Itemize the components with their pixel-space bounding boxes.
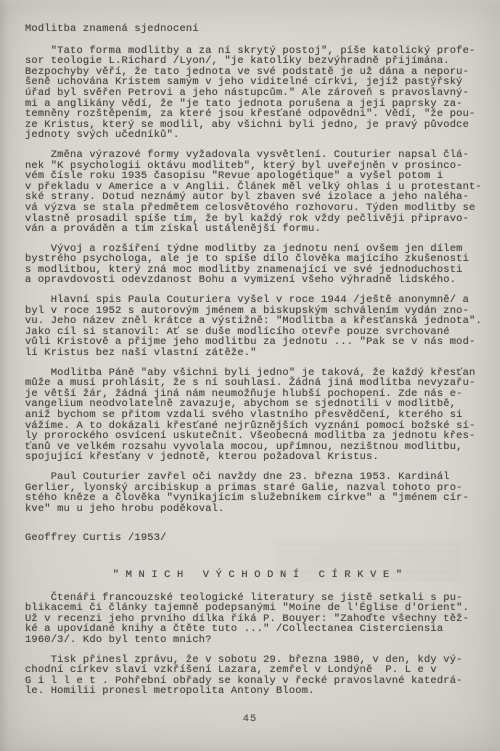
paragraph: "Tato forma modlitby a za ní skrytý post… xyxy=(25,46,490,141)
paragraph: Vývoj a rozšíření týdne modlitby za jedn… xyxy=(25,244,490,286)
paragraph: Paul Couturier zavřel oči navždy dne 23.… xyxy=(25,472,490,514)
paragraph: Změna výrazové formy vyžadovala vysvětle… xyxy=(25,150,490,235)
section-title: " M N I C H V Ý C H O D N Í C Í R K V E … xyxy=(25,570,490,581)
author-signature: Geoffrey Curtis /1953/ xyxy=(25,533,490,544)
page-content: Modlitba znamená sjednocení "Tato forma … xyxy=(25,24,490,706)
paragraph: Hlavní spis Paula Couturiera vyšel v roc… xyxy=(25,295,490,359)
paragraph: Čtenáři francouzské teologické literatur… xyxy=(25,593,490,646)
paragraph: Tisk přinesl zprávu, že v sobotu 29. bře… xyxy=(25,655,490,697)
page-number: 45 xyxy=(0,713,500,725)
paragraph: Modlitba Páně "aby všichni byli jedno" j… xyxy=(25,368,490,463)
scanned-page: Modlitba znamená sjednocení "Tato forma … xyxy=(0,0,500,751)
article-title: Modlitba znamená sjednocení xyxy=(25,24,490,35)
